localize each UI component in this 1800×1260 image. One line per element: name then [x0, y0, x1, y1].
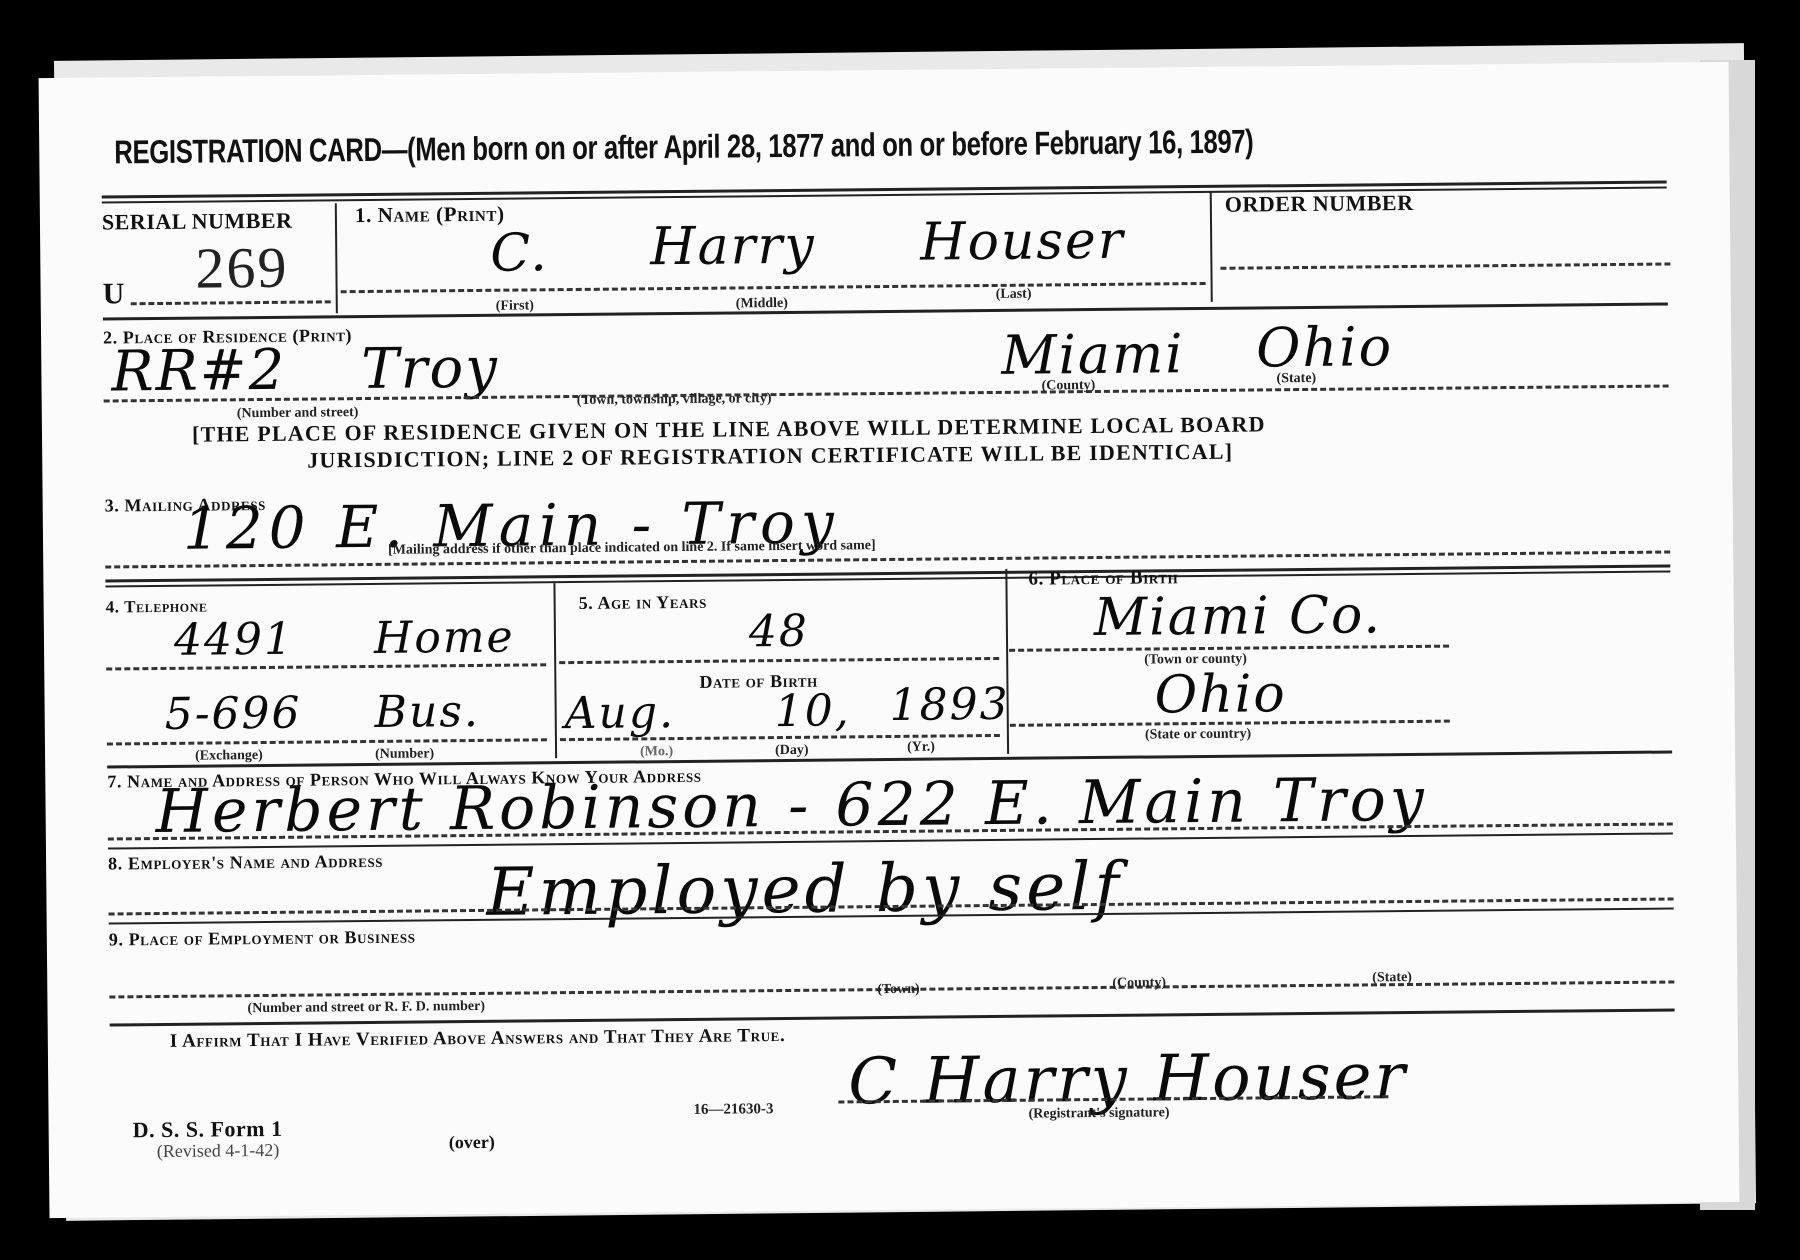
- name-line: [341, 282, 1206, 293]
- caption-number-and-street: (Number and street or R. F. D. number): [247, 999, 485, 1017]
- caption-first: (First): [496, 298, 534, 314]
- serial-prefix: U: [102, 277, 124, 311]
- name-first: C.: [490, 223, 549, 284]
- order-number-label: ORDER NUMBER: [1225, 190, 1414, 218]
- caption-middle: (Middle): [736, 296, 788, 312]
- telephone-home-number: 4491: [174, 614, 294, 666]
- residence-state: Ohio: [1256, 315, 1393, 379]
- telephone-business-label: Bus.: [374, 686, 480, 738]
- serial-line: [131, 300, 331, 305]
- place-of-employment-label: 9. Place of Employment or Business: [109, 927, 416, 951]
- divider: [553, 583, 557, 758]
- dob-year: 1893: [889, 679, 1009, 731]
- card-title: REGISTRATION CARD—(Men born on or after …: [114, 122, 1253, 171]
- age-value: 48: [749, 606, 809, 658]
- caption-state: (State): [1372, 970, 1412, 986]
- telephone-line-1: [106, 663, 546, 670]
- age-line: [559, 657, 999, 664]
- serial-number-label: SERIAL NUMBER: [102, 208, 293, 236]
- over-note: (over): [449, 1132, 495, 1153]
- telephone-business-number: 5-696: [164, 688, 301, 740]
- caption-year: (Yr.): [907, 740, 935, 756]
- telephone-home-label: Home: [374, 612, 515, 664]
- order-number-line: [1220, 262, 1670, 269]
- residence-street: RR#2: [111, 338, 287, 405]
- caption-state-or-country: (State or country): [1145, 727, 1251, 744]
- caption-county: (County): [1041, 378, 1095, 395]
- name-last: Houser: [920, 211, 1125, 273]
- employer-label: 8. Employer's Name and Address: [108, 851, 383, 875]
- residence-town: Troy: [361, 336, 499, 402]
- name-middle: Harry: [650, 216, 816, 278]
- dob-day: 10,: [774, 685, 850, 737]
- caption-last: (Last): [996, 287, 1032, 303]
- caption-town: (Town): [877, 982, 919, 998]
- dob-month: Aug.: [564, 687, 675, 739]
- caption-month: (Mo.): [640, 744, 673, 760]
- divider: [1005, 569, 1009, 754]
- caption-state: (State): [1276, 371, 1316, 387]
- registration-card: REGISTRATION CARD—(Men born on or after …: [39, 62, 1740, 1218]
- serial-number-value: 269: [195, 234, 289, 302]
- caption-day: (Day): [775, 743, 809, 759]
- place-of-birth-state: Ohio: [1154, 664, 1287, 725]
- caption-town: (Town, township, village, or city): [577, 391, 772, 409]
- signature-caption: (Registrant's signature): [1028, 1105, 1169, 1122]
- divider: [335, 203, 338, 313]
- affirmation-text: I Affirm That I Have Verified Above Answ…: [170, 1025, 786, 1053]
- caption-number: (Number): [375, 746, 434, 763]
- name-label: 1. Name (Print): [355, 202, 505, 228]
- place-of-birth-town: Miami Co.: [1094, 585, 1383, 648]
- section-rule: [107, 750, 1672, 768]
- caption-exchange: (Exchange): [195, 748, 263, 765]
- caption-county: (County): [1112, 975, 1166, 992]
- age-label: 5. Age in Years: [579, 592, 707, 614]
- form-revised: (Revised 4-1-42): [157, 1140, 280, 1162]
- print-code: 16—21630-3: [693, 1101, 773, 1119]
- divider: [1210, 192, 1213, 302]
- residence-line: [104, 385, 1669, 403]
